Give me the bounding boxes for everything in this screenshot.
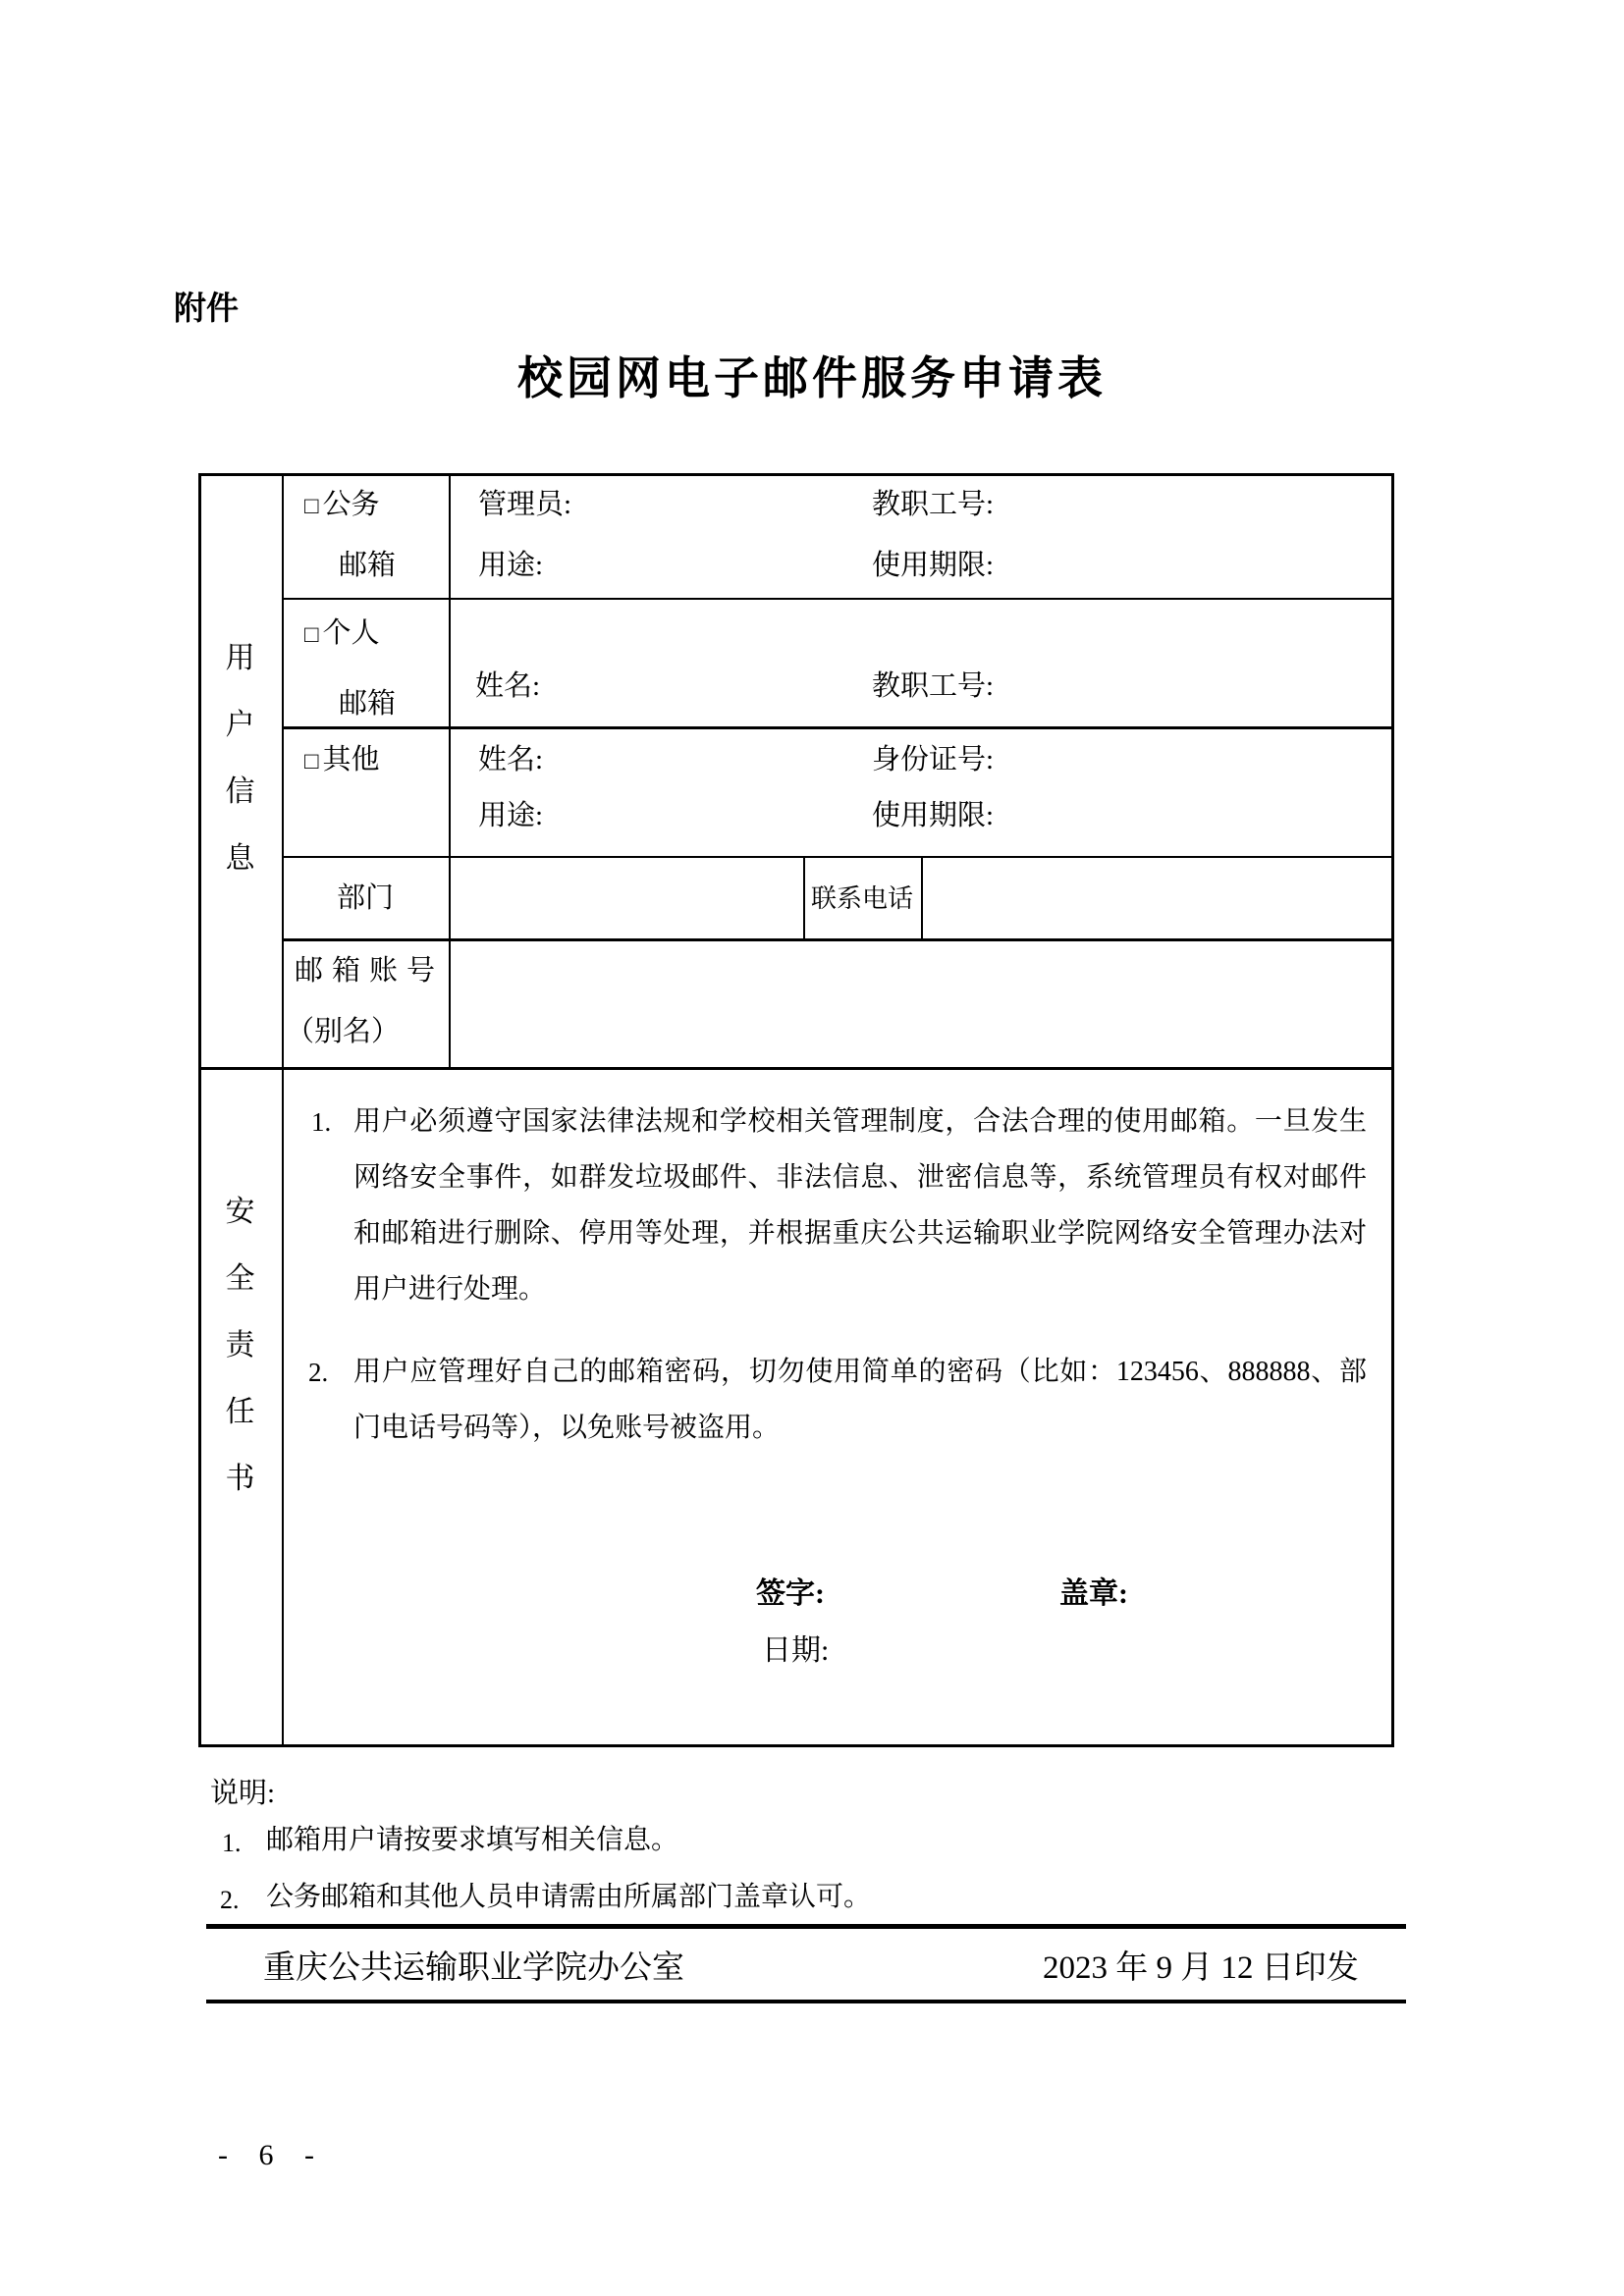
print-date: 2023 年 9 月 12 日印发 xyxy=(1043,1949,1359,1989)
id-number-field-label: 身份证号: xyxy=(872,743,994,777)
mailbox-account-label-line1: 邮箱账号 xyxy=(295,954,444,988)
table-gridline-vertical-a xyxy=(282,473,284,1747)
footer-rule-top xyxy=(206,1924,1406,1929)
note-1-text: 邮箱用户请按要求填写相关信息。 xyxy=(266,1824,678,1857)
table-gridline-row3 xyxy=(282,856,1394,858)
department-label: 部门 xyxy=(282,881,449,916)
contact-phone-label: 联系电话 xyxy=(803,883,921,914)
table-gridline-vertical-b xyxy=(449,473,451,1070)
table-gridline-row2 xyxy=(282,726,1394,729)
admin-field-label: 管理员: xyxy=(478,488,571,522)
name-field-label-personal: 姓名: xyxy=(475,669,540,704)
mailbox-account-label-line2: （别名） xyxy=(286,1015,400,1049)
document-page: 附件 校园网电子邮件服务申请表 用户信息 安全责任书 □公务 邮箱 管理员: 教… xyxy=(0,0,1624,2296)
security-item1-number: 1. xyxy=(311,1106,331,1138)
note-1-number: 1. xyxy=(222,1828,242,1858)
personal-mailbox-label: 个人 xyxy=(323,617,380,649)
other-label: 其他 xyxy=(323,744,380,775)
name-field-label-other: 姓名: xyxy=(478,743,543,777)
period-field-label-other: 使用期限: xyxy=(872,799,994,833)
official-mailbox-option: □公务 xyxy=(304,488,380,522)
personal-mailbox-option: □个人 xyxy=(304,616,380,651)
footer-rule-bottom xyxy=(206,2000,1406,2003)
official-mailbox-label-line2: 邮箱 xyxy=(339,549,396,583)
official-mailbox-checkbox[interactable]: □ xyxy=(304,494,319,519)
staff-id-field-label-official: 教职工号: xyxy=(872,488,994,522)
table-gridline-vertical-d xyxy=(921,857,923,940)
purpose-field-label-other: 用途: xyxy=(478,799,543,833)
note-2-text: 公务邮箱和其他人员申请需由所属部门盖章认可。 xyxy=(266,1881,871,1914)
user-info-header: 用户信息 xyxy=(198,621,282,888)
purpose-field-label-official: 用途: xyxy=(478,549,543,583)
page-title: 校园网电子邮件服务申请表 xyxy=(0,351,1624,405)
security-item2-number: 2. xyxy=(308,1357,328,1388)
personal-mailbox-label-line2: 邮箱 xyxy=(339,687,396,721)
security-section-header: 安全责任书 xyxy=(198,1175,282,1509)
official-mailbox-label: 公务 xyxy=(323,489,380,520)
notes-header: 说明: xyxy=(210,1777,275,1811)
attachment-label: 附件 xyxy=(174,291,239,330)
security-item1-text: 用户必须遵守国家法律法规和学校相关管理制度，合法合理的使用邮箱。一旦发生网络安全… xyxy=(353,1094,1367,1317)
personal-mailbox-checkbox[interactable]: □ xyxy=(304,622,319,648)
table-gridline-row4 xyxy=(282,938,1394,941)
staff-id-field-label-personal: 教职工号: xyxy=(872,669,994,704)
other-checkbox[interactable]: □ xyxy=(304,749,319,774)
period-field-label-official: 使用期限: xyxy=(872,549,994,583)
page-number: - 6 - xyxy=(218,2138,323,2173)
other-option: □其他 xyxy=(304,743,380,777)
signature-label: 签字: xyxy=(756,1576,825,1612)
note-2-number: 2. xyxy=(220,1885,240,1915)
security-item2-text: 用户应管理好自己的邮箱密码，切勿使用简单的密码（比如：123456、888888… xyxy=(353,1344,1367,1456)
table-gridline-row1 xyxy=(282,598,1394,600)
seal-label: 盖章: xyxy=(1059,1576,1128,1612)
issuing-office: 重庆公共运输职业学院办公室 xyxy=(263,1949,684,1989)
date-label: 日期: xyxy=(762,1633,829,1669)
table-gridline-section xyxy=(198,1067,1394,1070)
